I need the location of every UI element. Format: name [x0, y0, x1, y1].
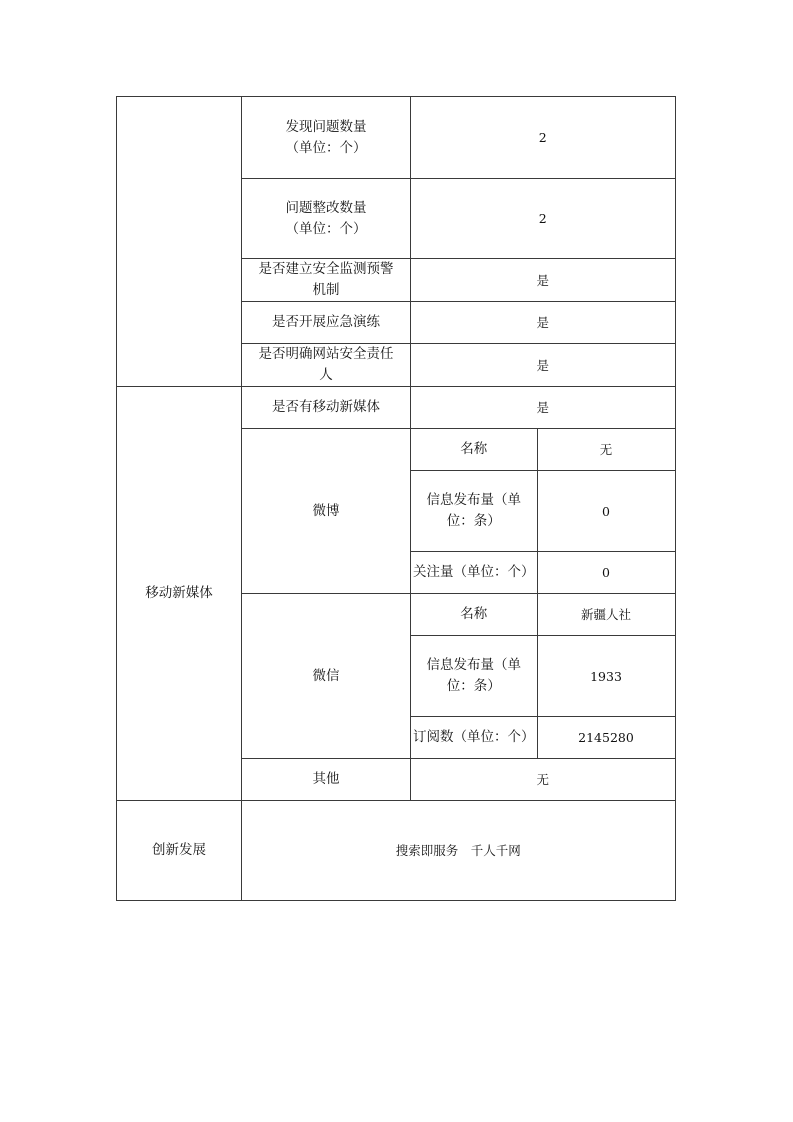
row-label-issues-fixed: 问题整改数量 （单位：个） [242, 179, 411, 259]
subsection-label-weibo: 微博 [242, 429, 411, 594]
report-table: 发现问题数量 （单位：个） 2 问题整改数量 （单位：个） 2 是否建立安全监测… [116, 96, 676, 901]
table-row: 移动新媒体 是否有移动新媒体 是 [117, 387, 676, 429]
value-other: 无 [411, 759, 676, 801]
value-issues-fixed: 2 [411, 179, 676, 259]
weibo-name-value: 无 [537, 429, 675, 471]
row-label-security-officer: 是否明确网站安全责任 人 [242, 344, 411, 387]
wechat-posts-value: 1933 [537, 636, 675, 717]
section-label-security [117, 97, 242, 387]
value-innovation: 搜索即服务 千人千网 [242, 801, 676, 901]
value-emergency-drill: 是 [411, 302, 676, 344]
weibo-posts-label: 信息发布量（单 位：条） [411, 471, 538, 552]
wechat-posts-label: 信息发布量（单 位：条） [411, 636, 538, 717]
section-label-mobile-media: 移动新媒体 [117, 387, 242, 801]
value-security-officer: 是 [411, 344, 676, 387]
value-monitoring-mechanism: 是 [411, 259, 676, 302]
weibo-posts-value: 0 [537, 471, 675, 552]
row-label-has-mobile-media: 是否有移动新媒体 [242, 387, 411, 429]
wechat-subscribers-value: 2145280 [537, 717, 675, 759]
row-label-emergency-drill: 是否开展应急演练 [242, 302, 411, 344]
value-issues-found: 2 [411, 97, 676, 179]
section-label-innovation: 创新发展 [117, 801, 242, 901]
weibo-followers-label: 关注量（单位：个） [411, 552, 538, 594]
table-row: 发现问题数量 （单位：个） 2 [117, 97, 676, 179]
subsection-label-wechat: 微信 [242, 594, 411, 759]
table-row: 创新发展 搜索即服务 千人千网 [117, 801, 676, 901]
weibo-name-label: 名称 [411, 429, 538, 471]
row-label-monitoring-mechanism: 是否建立安全监测预警 机制 [242, 259, 411, 302]
wechat-name-label: 名称 [411, 594, 538, 636]
wechat-name-value: 新疆人社 [537, 594, 675, 636]
value-has-mobile-media: 是 [411, 387, 676, 429]
weibo-followers-value: 0 [537, 552, 675, 594]
wechat-subscribers-label: 订阅数（单位：个） [411, 717, 538, 759]
row-label-issues-found: 发现问题数量 （单位：个） [242, 97, 411, 179]
row-label-other: 其他 [242, 759, 411, 801]
